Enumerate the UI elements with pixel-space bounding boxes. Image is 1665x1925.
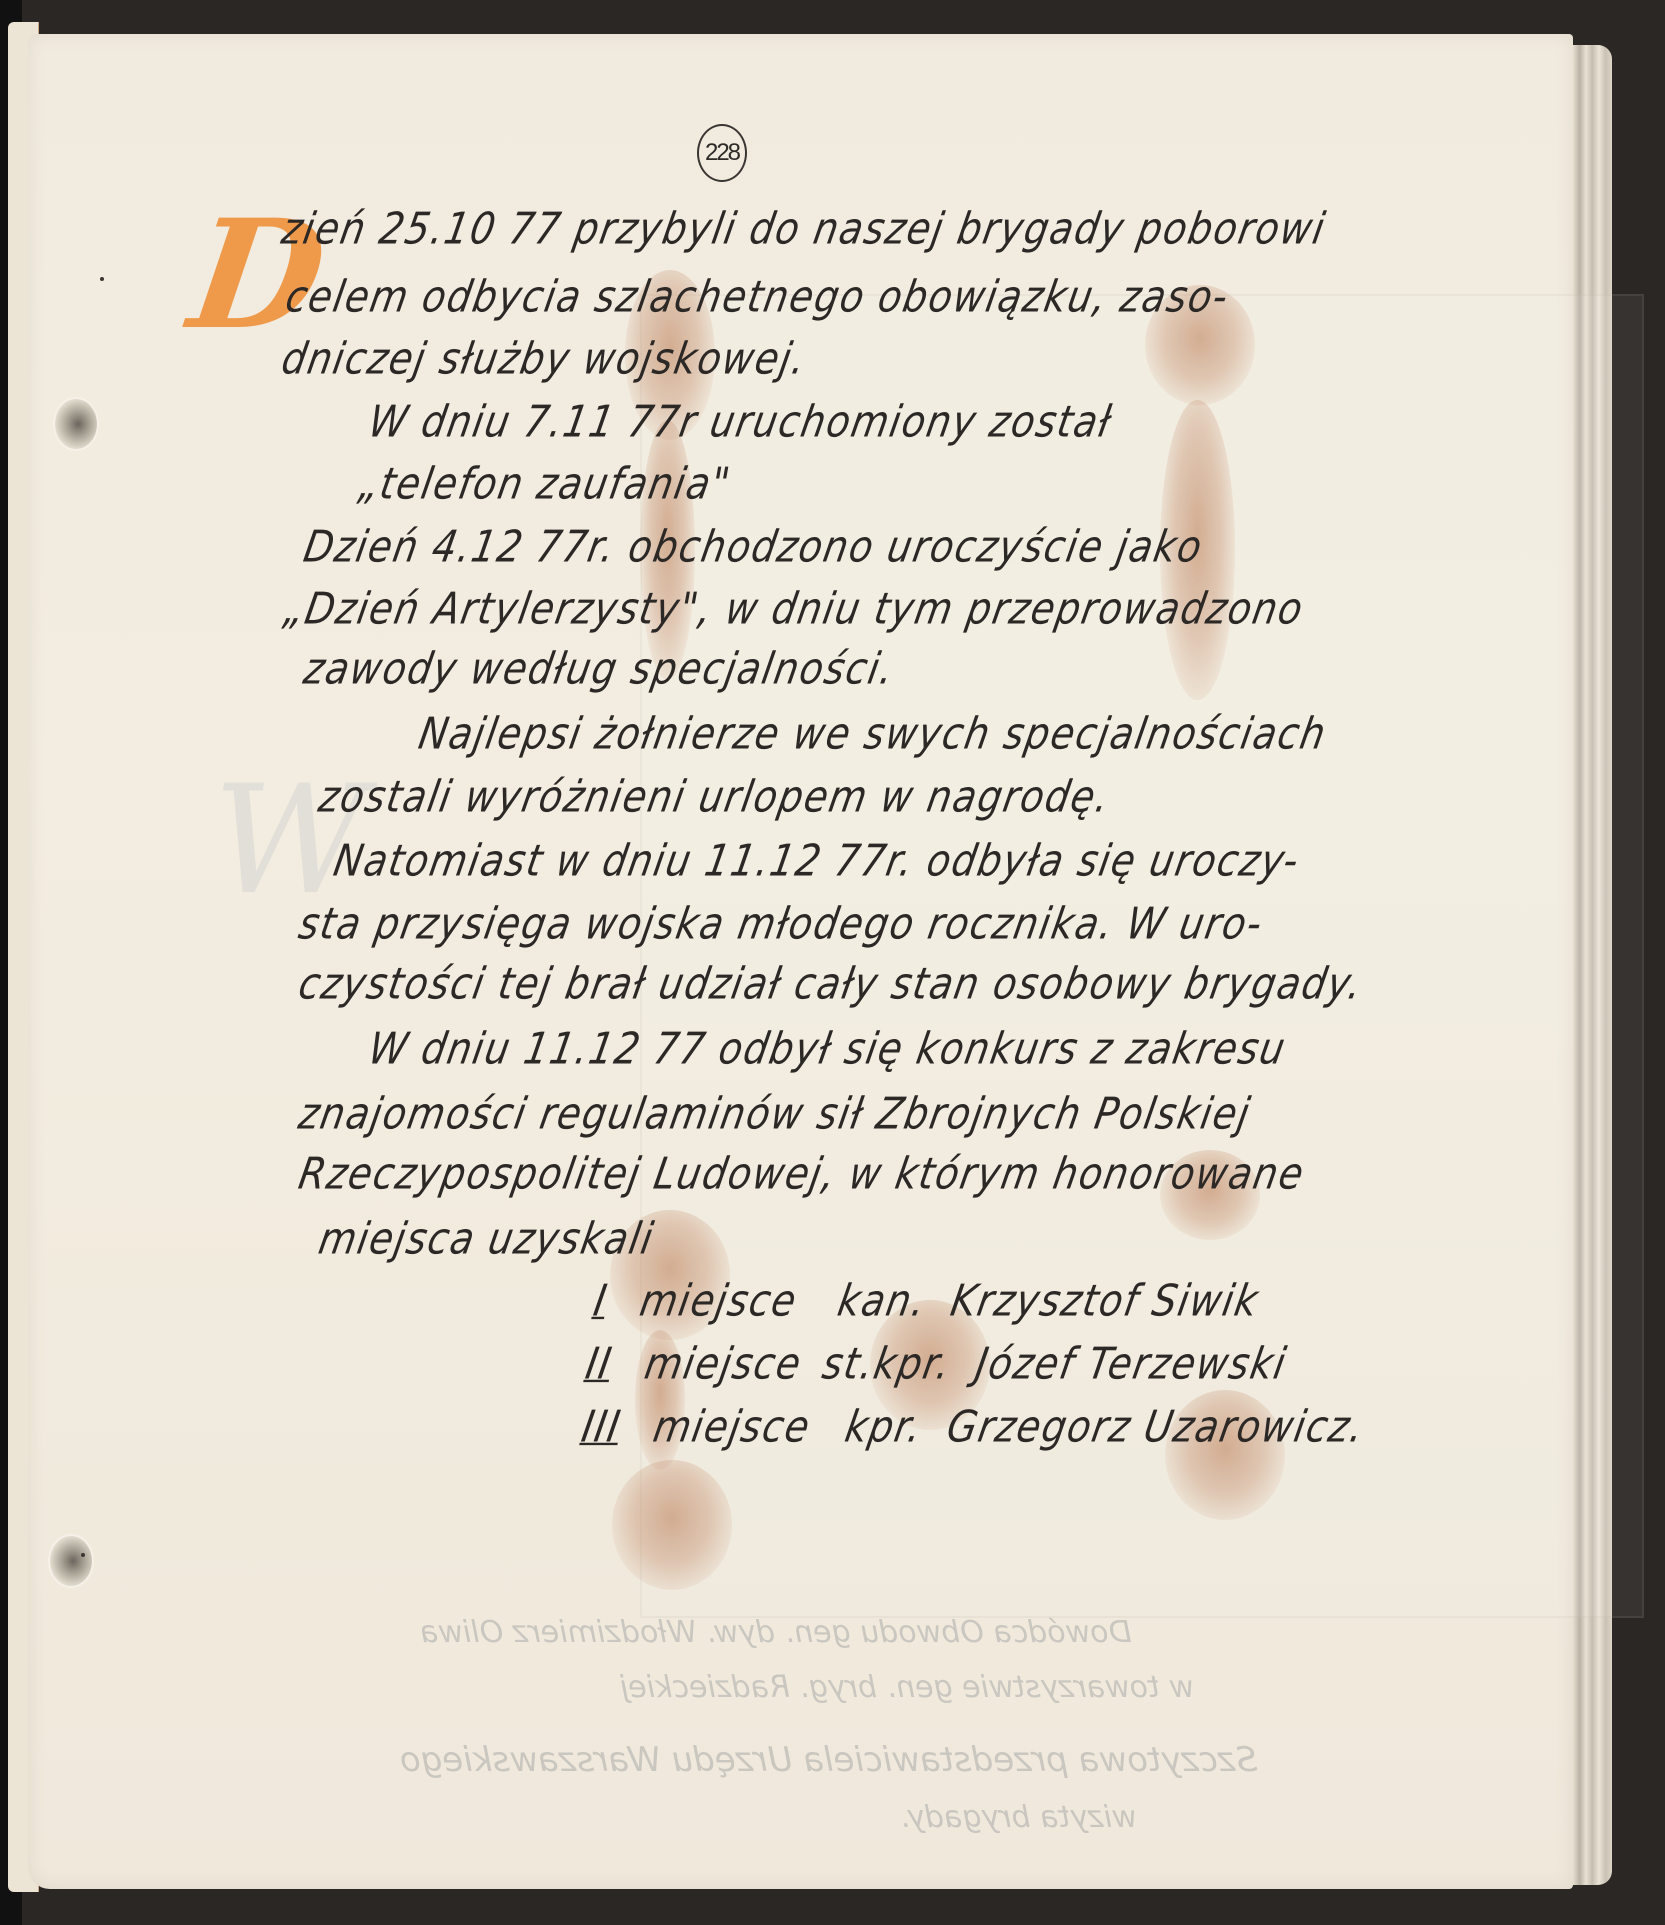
award-name: Krzysztof Siwik (947, 1275, 1263, 1326)
text-line: Natomiast w dniu 11.12 77r. odbyła się u… (330, 835, 1304, 886)
text-line: dniczej służby wojskowej. (278, 333, 811, 384)
award-row-2: II miejsce st.kpr. Józef Terzewski (582, 1338, 1291, 1389)
award-rank: kan. (834, 1275, 930, 1326)
punch-hole-bottom (48, 1534, 94, 1588)
text-line: „Dzień Artylerzysty", w dniu tym przepro… (280, 583, 1308, 634)
award-label: miejsce (650, 1401, 815, 1452)
award-label: miejsce (641, 1338, 806, 1389)
text-line: W dniu 11.12 77 odbył się konkurs z zakr… (365, 1023, 1290, 1074)
page-number-stamp: 228 (697, 124, 747, 182)
text-line: miejsca uzyskali (315, 1213, 658, 1264)
text-line: Najlepsi żołnierze we swych specjalności… (415, 708, 1331, 759)
text-line: W dniu 7.11 77r uruchomiony został (365, 396, 1116, 447)
text-line: zawody według specjalności. (300, 643, 899, 694)
text-line: celem odbycia szlachetnego obowiązku, za… (282, 271, 1233, 322)
bleed-through-line: Szczytowa przedstawiciela Urzędu Warszaw… (400, 1740, 1350, 1780)
punch-hole-top (53, 397, 99, 451)
award-row-3: III miejsce kpr. Grzegorz Uzarowicz. (578, 1401, 1369, 1452)
text-line: Rzeczypospolitej Ludowej, w którym honor… (295, 1148, 1309, 1199)
text-line: znajomości regulaminów sił Zbrojnych Pol… (295, 1088, 1255, 1139)
award-name: Józef Terzewski (972, 1338, 1291, 1389)
text-line: sta przysięga wojska młodego rocznika. W… (295, 898, 1267, 949)
award-rank: st.kpr. (819, 1338, 956, 1389)
ink-speck (100, 277, 104, 281)
ink-speck (81, 1553, 85, 1557)
award-place: III (578, 1401, 625, 1452)
text-line: zostali wyróżnieni urlopem w nagrodę. (315, 771, 1114, 822)
bleed-through-line: Dowódca Obwodu gen. dyw. Włodzimierz Oli… (420, 1615, 1350, 1650)
bleed-through-line: wizyta brygady. (900, 1800, 1350, 1835)
bleed-through-line: w towarzystwie gen. bryg. Radzieckiej (620, 1670, 1350, 1705)
award-row-1: I miejsce kan. Krzysztof Siwik (590, 1275, 1263, 1326)
text-line: Dzień 4.12 77r. obchodzono uroczyście ja… (300, 521, 1207, 572)
stain (612, 1460, 732, 1590)
award-label: miejsce (636, 1275, 801, 1326)
text-line: czystości tej brał udział cały stan osob… (295, 958, 1367, 1009)
award-rank: kpr. (841, 1401, 926, 1452)
award-name: Grzegorz Uzarowicz. (943, 1401, 1368, 1452)
text-line: zień 25.10 77 przybyli do naszej brygady… (278, 203, 1330, 254)
text-line: „telefon zaufania" (355, 458, 735, 509)
